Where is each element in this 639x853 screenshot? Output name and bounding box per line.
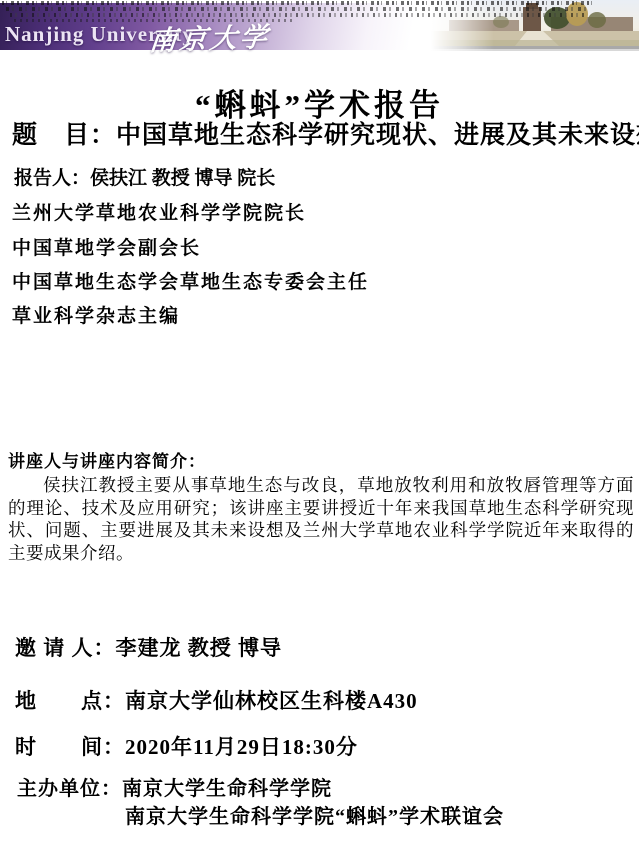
speaker-value: 侯扶江 教授 博导 院长 <box>90 168 275 189</box>
location-value: 南京大学仙林校区生科楼A430 <box>125 689 418 713</box>
speaker-title-item: 中国草地学会副会长 <box>12 238 201 261</box>
host-label: 主办单位： <box>17 778 122 800</box>
subject-value: 中国草地生态科学研究现状、进展及其未来设想 <box>116 122 639 149</box>
subject-label: 题 目： <box>12 122 116 149</box>
university-name-zh-calligraphy: 南京大学 <box>148 15 273 58</box>
subject-line: 题 目：中国草地生态科学研究现状、进展及其未来设想 <box>12 121 639 151</box>
speaker-line: 报告人：侯扶江 教授 博导 院长 <box>14 168 275 191</box>
host-value-1: 南京大学生命科学学院 <box>122 778 332 800</box>
speaker-title-item: 草业科学杂志主编 <box>12 306 180 329</box>
speaker-title-item: 兰州大学草地农业科学学院院长 <box>12 203 306 226</box>
inviter-label: 邀 请 人： <box>15 636 116 660</box>
intro-body-paragraph: 侯扶江教授主要从事草地生态与改良，草地放牧利用和放牧唇管理等方面的理论、技术及应… <box>8 474 634 564</box>
poster-title: “蝌蚪”学术报告 <box>0 87 639 124</box>
time-label: 时 间： <box>15 735 125 759</box>
speaker-label: 报告人： <box>14 168 90 189</box>
speaker-title-item: 中国草地生态学会草地生态专委会主任 <box>12 272 369 295</box>
location-label: 地 点： <box>15 689 125 713</box>
location-line: 地 点：南京大学仙林校区生科楼A430 <box>15 689 418 714</box>
time-value: 2020年11月29日18:30分 <box>125 735 358 759</box>
inviter-value: 李建龙 教授 博导 <box>116 636 283 660</box>
noise-text-strip <box>6 7 591 11</box>
noise-text-strip <box>10 13 585 17</box>
host-line-2: 南京大学生命科学学院“蝌蚪”学术联谊会 <box>125 805 504 829</box>
noise-text-strip <box>2 1 592 5</box>
time-line: 时 间：2020年11月29日18:30分 <box>15 735 358 760</box>
host-line-1: 主办单位：南京大学生命科学学院 <box>17 777 332 801</box>
lecture-poster: Nanjing University 南京大学 “蝌蚪”学术报告 题 目：中国草… <box>0 0 639 853</box>
inviter-line: 邀 请 人：李建龙 教授 博导 <box>15 636 282 661</box>
intro-heading: 讲座人与讲座内容简介： <box>8 452 206 472</box>
banner: Nanjing University 南京大学 <box>0 0 639 52</box>
